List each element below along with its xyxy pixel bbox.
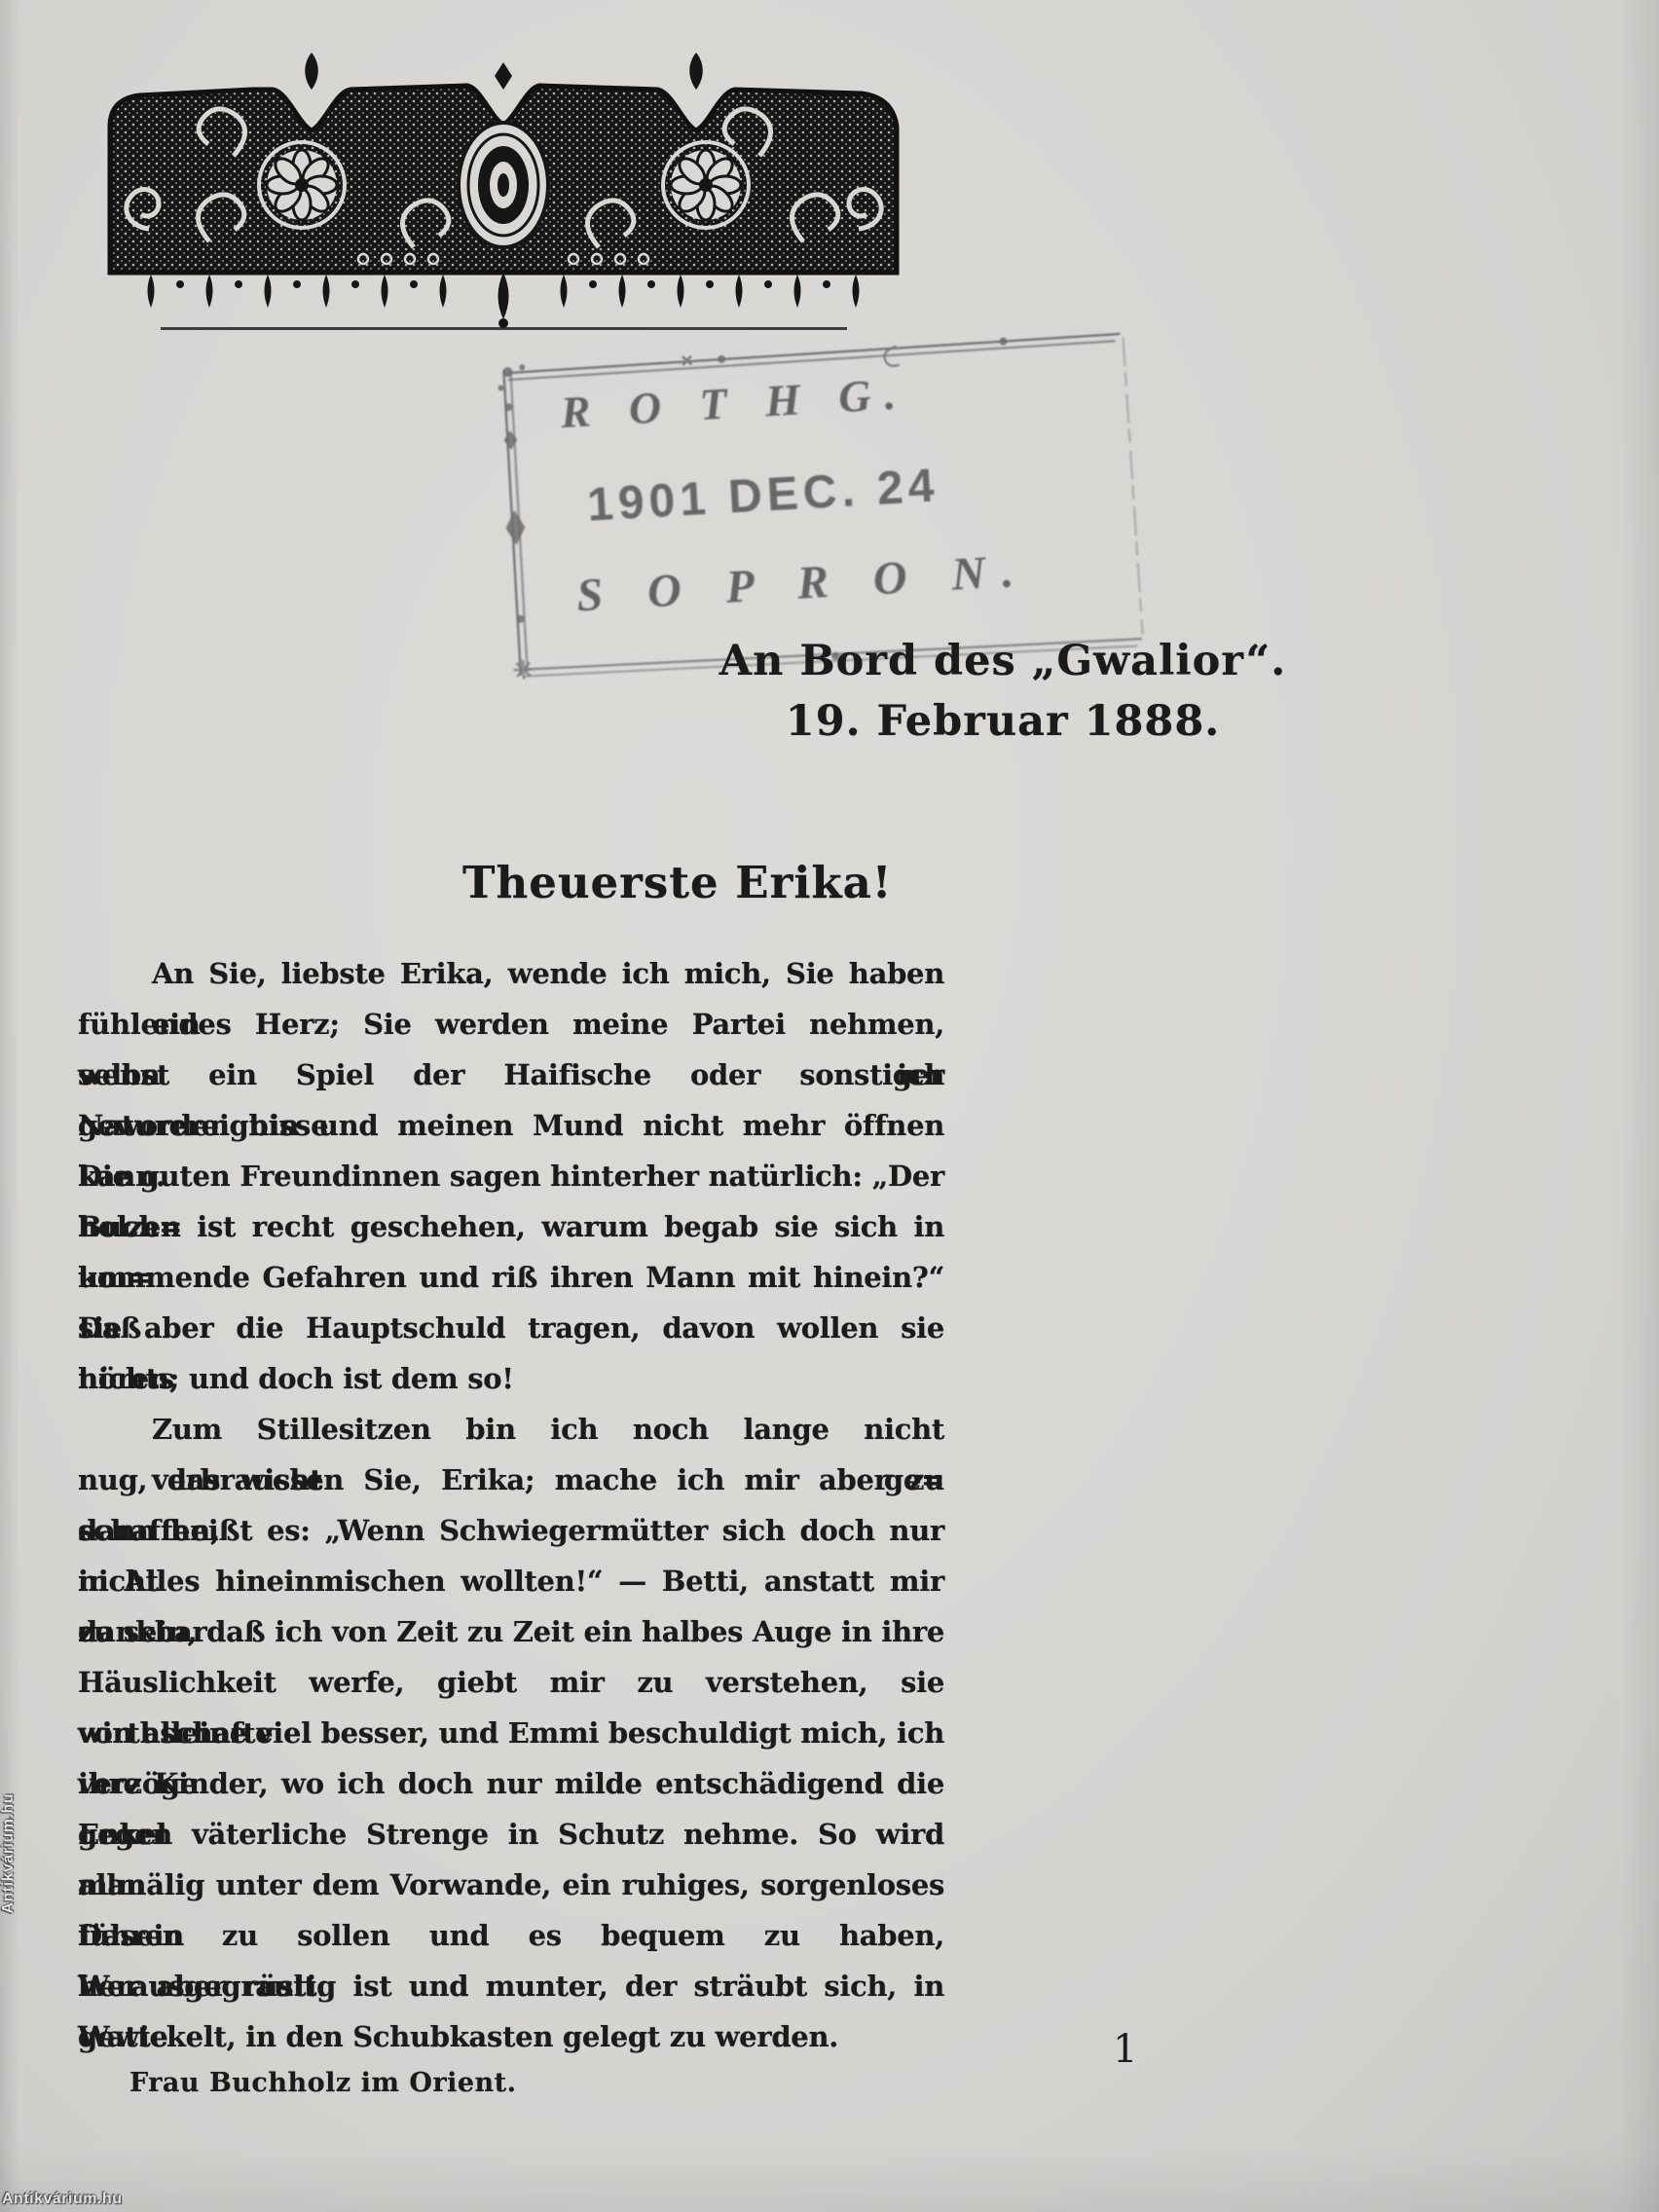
running-title: Frau Buchholz im Orient. [129, 2068, 517, 2098]
text-line: allmälig unter dem Vorwande, ein ruhiges… [78, 1860, 944, 1910]
text-line: geworden bin und meinen Mund nicht mehr … [78, 1100, 944, 1151]
text-line: Zum Stillesitzen bin ich noch lange nich… [78, 1404, 944, 1455]
text-line: in Alles hineinmischen wollten!“ — Betti… [78, 1556, 944, 1606]
text-line: sie aber die Hauptschuld tragen, davon w… [78, 1303, 944, 1353]
text-line: Wer aber rüstig ist und munter, der strä… [78, 1961, 944, 2011]
text-line: selbst ein Spiel der Haifische oder sons… [78, 1050, 944, 1100]
letter-salutation: Theuerste Erika! [462, 857, 893, 908]
text-line: Die guten Freundinnen sagen hinterher na… [78, 1151, 944, 1201]
text-line: von alleine viel besser, und Emmi beschu… [78, 1708, 944, 1758]
text-line: gegen väterliche Strenge in Schutz nehme… [78, 1809, 944, 1860]
text-line: dann heißt es: „Wenn Schwiegermütter sic… [78, 1505, 944, 1556]
text-line: gewickelt, in den Schubkasten gelegt zu … [78, 2011, 944, 2062]
text-line: führen zu sollen und es bequem zu haben,… [78, 1910, 944, 1961]
text-line: zu sein, daß ich von Zeit zu Zeit ein ha… [78, 1606, 944, 1657]
text-line: kommende Gefahren und riß ihren Mann mit… [78, 1252, 944, 1303]
watermark-vertical: Antikvárium.hu [0, 1793, 18, 1913]
dateline-place: An Bord des „Gwalior“. [691, 631, 1314, 691]
text-line: An Sie, liebste Erika, wende ich mich, S… [78, 948, 944, 999]
page-number: 1 [1113, 2027, 1137, 2072]
text-line: holzen ist recht geschehen, warum begab … [78, 1201, 944, 1252]
letter-body: An Sie, liebste Erika, wende ich mich, S… [78, 948, 944, 2062]
dateline-date: 19. Februar 1888. [691, 691, 1314, 752]
text-line: hören; und doch ist dem so! [78, 1353, 944, 1404]
scanned-book-page: R O T H G. 1901 DEC. 24 S O P R O N. An … [0, 0, 1659, 2212]
text-line: fühlendes Herz; Sie werden meine Partei … [78, 999, 944, 1050]
text-line: ihre Kinder, wo ich doch nur milde entsc… [78, 1758, 944, 1809]
letter-dateline: An Bord des „Gwalior“. 19. Februar 1888. [691, 631, 1314, 752]
watermark: Antikvárium.hu [2, 2191, 122, 2208]
ornament-headpiece-image [92, 29, 915, 340]
text-line: Häuslichkeit werfe, giebt mir zu versteh… [78, 1657, 944, 1708]
text-line: nug, das wissen Sie, Erika; mache ich mi… [78, 1455, 944, 1505]
